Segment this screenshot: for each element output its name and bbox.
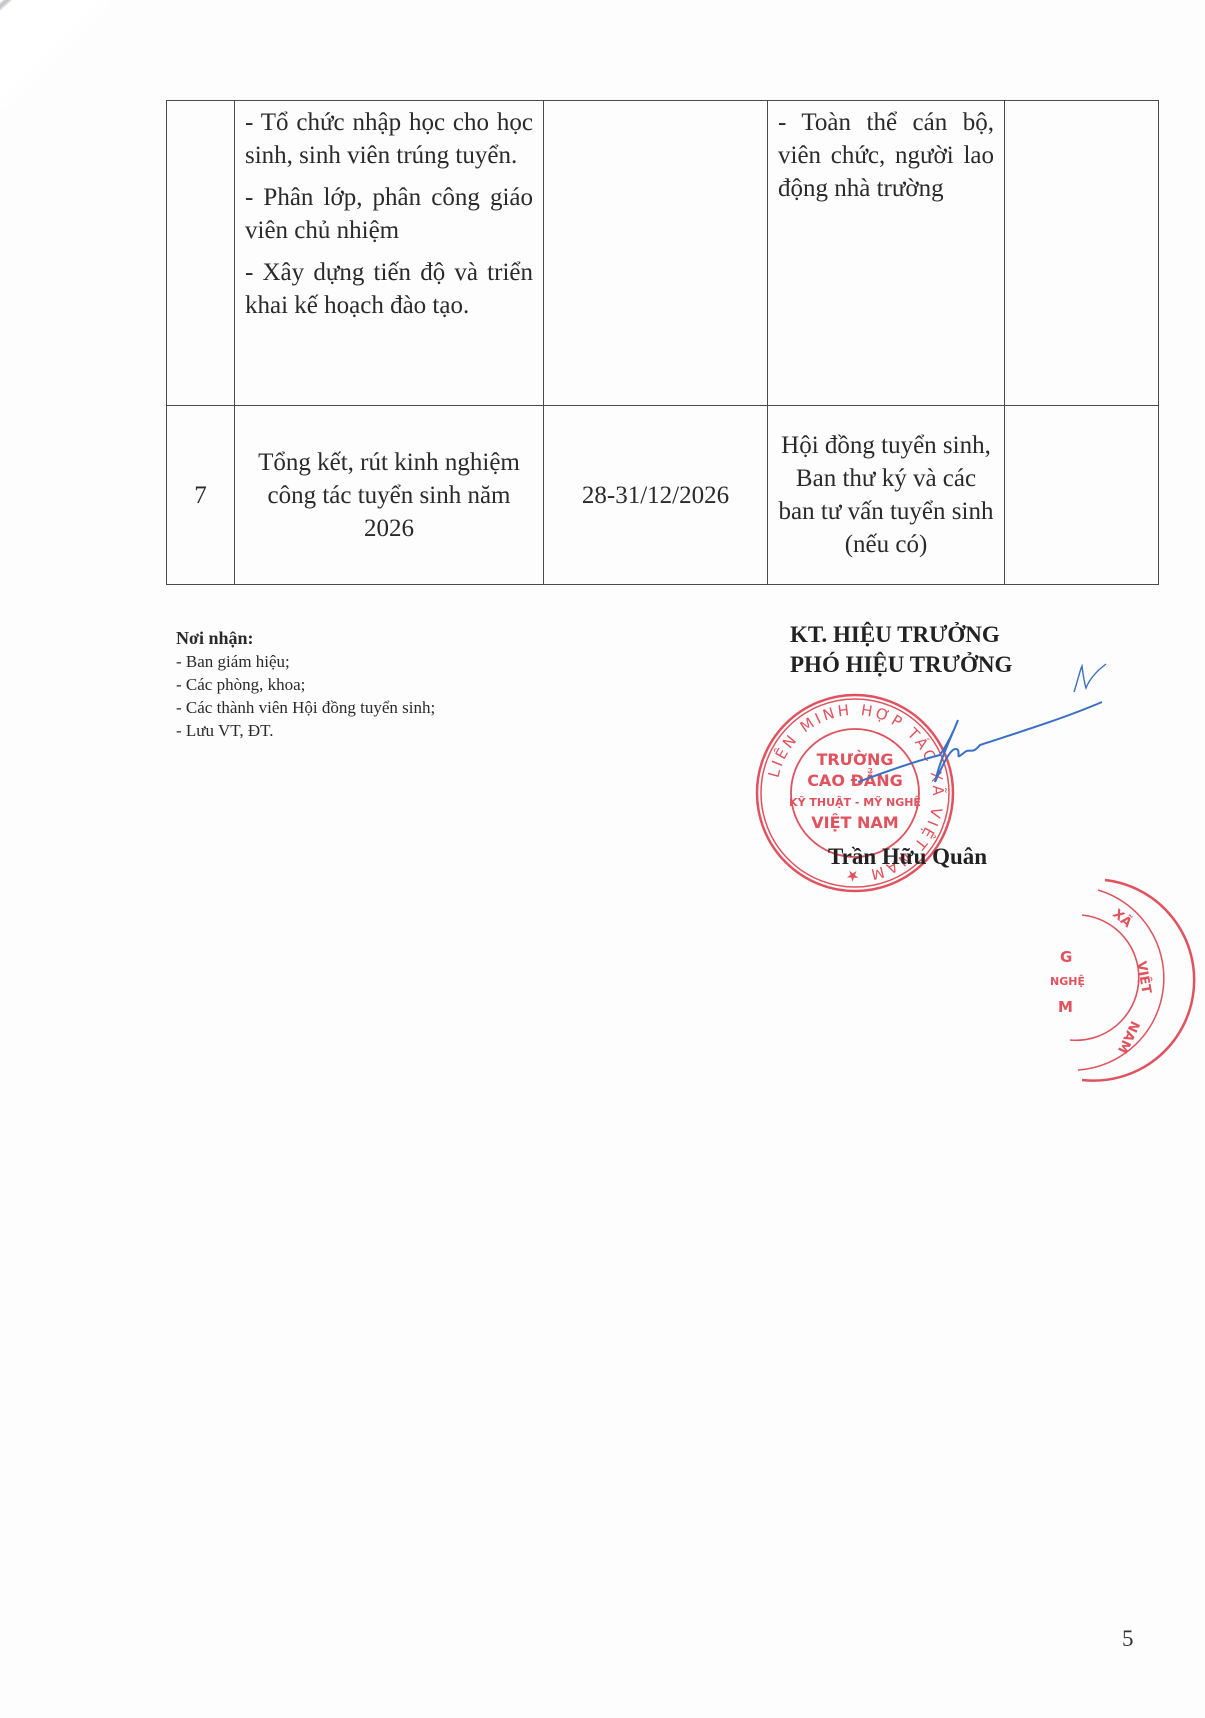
initial-mark-icon — [1070, 660, 1110, 696]
recipient-item: - Ban giám hiệu; — [176, 650, 435, 673]
cell-responsible: Hội đồng tuyển sinh, Ban thư ký và các b… — [768, 406, 1005, 585]
signature-title-line2: PHÓ HIỆU TRƯỞNG — [790, 650, 1090, 680]
table-row: - Tổ chức nhập học cho học sinh, sinh vi… — [167, 101, 1159, 406]
signature-title-line1: KT. HIỆU TRƯỞNG — [790, 620, 1090, 650]
signer-name: Trần Hữu Quân — [828, 844, 987, 870]
cell-time: 28-31/12/2026 — [544, 406, 768, 585]
recipient-item: - Các thành viên Hội đồng tuyển sinh; — [176, 696, 435, 719]
recipient-item: - Lưu VT, ĐT. — [176, 719, 435, 742]
page-number: 5 — [1122, 1626, 1134, 1652]
recipients-title: Nơi nhận: — [176, 627, 435, 650]
cell-stt — [167, 101, 235, 406]
cell-responsible: - Toàn thể cán bộ, viên chức, người lao … — [768, 101, 1005, 406]
svg-text:G: G — [1060, 948, 1072, 966]
content-line: - Phân lớp, phân công giáo viên chủ nhiệ… — [245, 181, 533, 247]
cell-note — [1005, 406, 1159, 585]
content-line: - Tổ chức nhập học cho học sinh, sinh vi… — [245, 106, 533, 172]
cell-stt: 7 — [167, 406, 235, 585]
signature-block: KT. HIỆU TRƯỞNG PHÓ HIỆU TRƯỞNG — [790, 620, 1090, 680]
admission-plan-table: - Tổ chức nhập học cho học sinh, sinh vi… — [166, 100, 1159, 585]
cell-time — [544, 101, 768, 406]
svg-text:M: M — [1058, 998, 1073, 1016]
recipients-block: Nơi nhận: - Ban giám hiệu; - Các phòng, … — [176, 627, 435, 742]
cell-content: Tổng kết, rút kinh nghiệm công tác tuyển… — [235, 406, 544, 585]
svg-text:NGHỆ: NGHỆ — [1050, 975, 1085, 988]
recipient-item: - Các phòng, khoa; — [176, 673, 435, 696]
table-row: 7 Tổng kết, rút kinh nghiệm công tác tuy… — [167, 406, 1159, 585]
svg-text:VIỆT: VIỆT — [1133, 960, 1154, 995]
cell-note — [1005, 101, 1159, 406]
page-corner-fold — [0, 0, 110, 110]
content-line: - Xây dựng tiến độ và triển khai kế hoạc… — [245, 256, 533, 322]
handwritten-signature-icon — [840, 700, 1110, 830]
cell-content: - Tổ chức nhập học cho học sinh, sinh vi… — [235, 101, 544, 406]
partial-seal-icon: XÃ VIỆT NAM G NGHỆ M — [1040, 870, 1205, 1090]
